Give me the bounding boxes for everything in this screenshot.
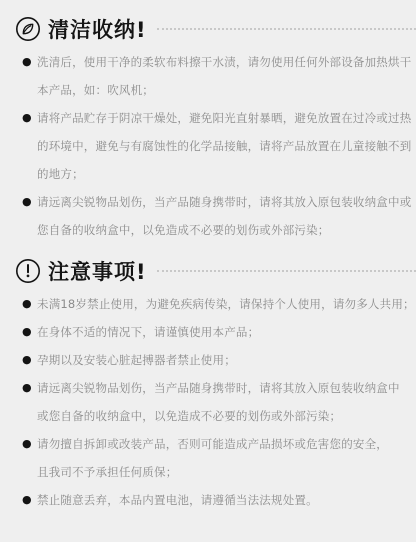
list-item: ●请远离尖锐物品划伤，当产品随身携带时，请将其放入原包装收纳盒中或您自备的收纳盒…	[22, 188, 416, 244]
bullet-icon: ●	[22, 374, 37, 402]
list-item: ●请将产品贮存于阴凉干燥处，避免阳光直射暴晒，避免放置在过冷或过热的环境中，避免…	[22, 104, 416, 188]
bullet-text-line: 的地方；	[37, 160, 416, 188]
bullet-text-line: 且我司不予承担任何质保；	[37, 458, 416, 486]
section-header: 注意事项!	[15, 257, 416, 285]
bullet-icon: ●	[22, 318, 37, 346]
bullet-list: ●未满18岁禁止使用，为避免疾病传染，请保持个人使用，请勿多人共用；●在身体不适…	[22, 290, 416, 514]
bullet-text-line: 请远离尖锐物品划伤，当产品随身携带时，请将其放入原包装收纳盒中	[37, 374, 416, 402]
bullet-text-line: 您自备的收纳盒中，以免造成不必要的划伤或外部污染；	[37, 216, 416, 244]
bullet-text-line: 或您自备的收纳盒中，以免造成不必要的划伤或外部污染；	[37, 402, 416, 430]
exclamation-circle-icon	[15, 258, 41, 284]
bullet-text-line: 本产品，如：吹风机；	[37, 76, 416, 104]
bullet-text-line: 的环境中，避免与有腐蚀性的化学品接触，请将产品放置在儿童接触不到	[37, 132, 416, 160]
list-item: ●请远离尖锐物品划伤，当产品随身携带时，请将其放入原包装收纳盒中或您自备的收纳盒…	[22, 374, 416, 430]
section-header: 清洁收纳!	[15, 15, 416, 43]
bullet-text-line: 洗清后，使用干净的柔软布料擦干水渍，请勿使用任何外部设备加热烘干	[37, 48, 416, 76]
section-title: 清洁收纳!	[48, 14, 147, 44]
bullet-text-line: 请将产品贮存于阴凉干燥处，避免阳光直射暴晒，避免放置在过冷或过热	[37, 104, 416, 132]
bullet-text: 请远离尖锐物品划伤，当产品随身携带时，请将其放入原包装收纳盒中或您自备的收纳盒中…	[37, 188, 416, 244]
bullet-text: 禁止随意丢弃，本品内置电池，请遵循当法法规处置。	[37, 486, 416, 514]
bullet-text: 孕期以及安装心脏起搏器者禁止使用；	[37, 346, 416, 374]
dotted-rule	[157, 28, 416, 30]
bullet-text-line: 在身体不适的情况下，请谨慎使用本产品；	[37, 318, 416, 346]
bullet-text-line: 请勿擅自拆卸或改装产品，否则可能造成产品损坏或危害您的安全，	[37, 430, 416, 458]
bullet-text: 未满18岁禁止使用，为避免疾病传染，请保持个人使用，请勿多人共用；	[37, 290, 416, 318]
bullet-text-line: 孕期以及安装心脏起搏器者禁止使用；	[37, 346, 416, 374]
bullet-icon: ●	[22, 346, 37, 374]
list-item: ●禁止随意丢弃，本品内置电池，请遵循当法法规处置。	[22, 486, 416, 514]
bullet-icon: ●	[22, 48, 37, 76]
bullet-text: 请勿擅自拆卸或改装产品，否则可能造成产品损坏或危害您的安全，且我司不予承担任何质…	[37, 430, 416, 486]
bullet-list: ●洗清后，使用干净的柔软布料擦干水渍，请勿使用任何外部设备加热烘干本产品，如：吹…	[22, 48, 416, 244]
bullet-icon: ●	[22, 104, 37, 132]
list-item: ●未满18岁禁止使用，为避免疾病传染，请保持个人使用，请勿多人共用；	[22, 290, 416, 318]
bullet-text: 在身体不适的情况下，请谨慎使用本产品；	[37, 318, 416, 346]
dotted-rule	[157, 270, 416, 272]
bullet-icon: ●	[22, 290, 37, 318]
bullet-text-line: 禁止随意丢弃，本品内置电池，请遵循当法法规处置。	[37, 486, 416, 514]
bullet-icon: ●	[22, 486, 37, 514]
bullet-text: 请将产品贮存于阴凉干燥处，避免阳光直射暴晒，避免放置在过冷或过热的环境中，避免与…	[37, 104, 416, 188]
bullet-icon: ●	[22, 430, 37, 458]
bullet-icon: ●	[22, 188, 37, 216]
bullet-text: 请远离尖锐物品划伤，当产品随身携带时，请将其放入原包装收纳盒中或您自备的收纳盒中…	[37, 374, 416, 430]
section-precautions: 注意事项! ●未满18岁禁止使用，为避免疾病传染，请保持个人使用，请勿多人共用；…	[15, 257, 416, 514]
section-title: 注意事项!	[48, 256, 147, 286]
list-item: ●洗清后，使用干净的柔软布料擦干水渍，请勿使用任何外部设备加热烘干本产品，如：吹…	[22, 48, 416, 104]
care-instructions-page: 清洁收纳! ●洗清后，使用干净的柔软布料擦干水渍，请勿使用任何外部设备加热烘干本…	[0, 0, 416, 542]
list-item: ●孕期以及安装心脏起搏器者禁止使用；	[22, 346, 416, 374]
list-item: ●请勿擅自拆卸或改装产品，否则可能造成产品损坏或危害您的安全，且我司不予承担任何…	[22, 430, 416, 486]
bullet-text-line: 未满18岁禁止使用，为避免疾病传染，请保持个人使用，请勿多人共用；	[37, 290, 416, 318]
list-item: ●在身体不适的情况下，请谨慎使用本产品；	[22, 318, 416, 346]
leaf-circle-icon	[15, 16, 41, 42]
section-cleaning-storage: 清洁收纳! ●洗清后，使用干净的柔软布料擦干水渍，请勿使用任何外部设备加热烘干本…	[15, 15, 416, 244]
bullet-text-line: 请远离尖锐物品划伤，当产品随身携带时，请将其放入原包装收纳盒中或	[37, 188, 416, 216]
bullet-text: 洗清后，使用干净的柔软布料擦干水渍，请勿使用任何外部设备加热烘干本产品，如：吹风…	[37, 48, 416, 104]
